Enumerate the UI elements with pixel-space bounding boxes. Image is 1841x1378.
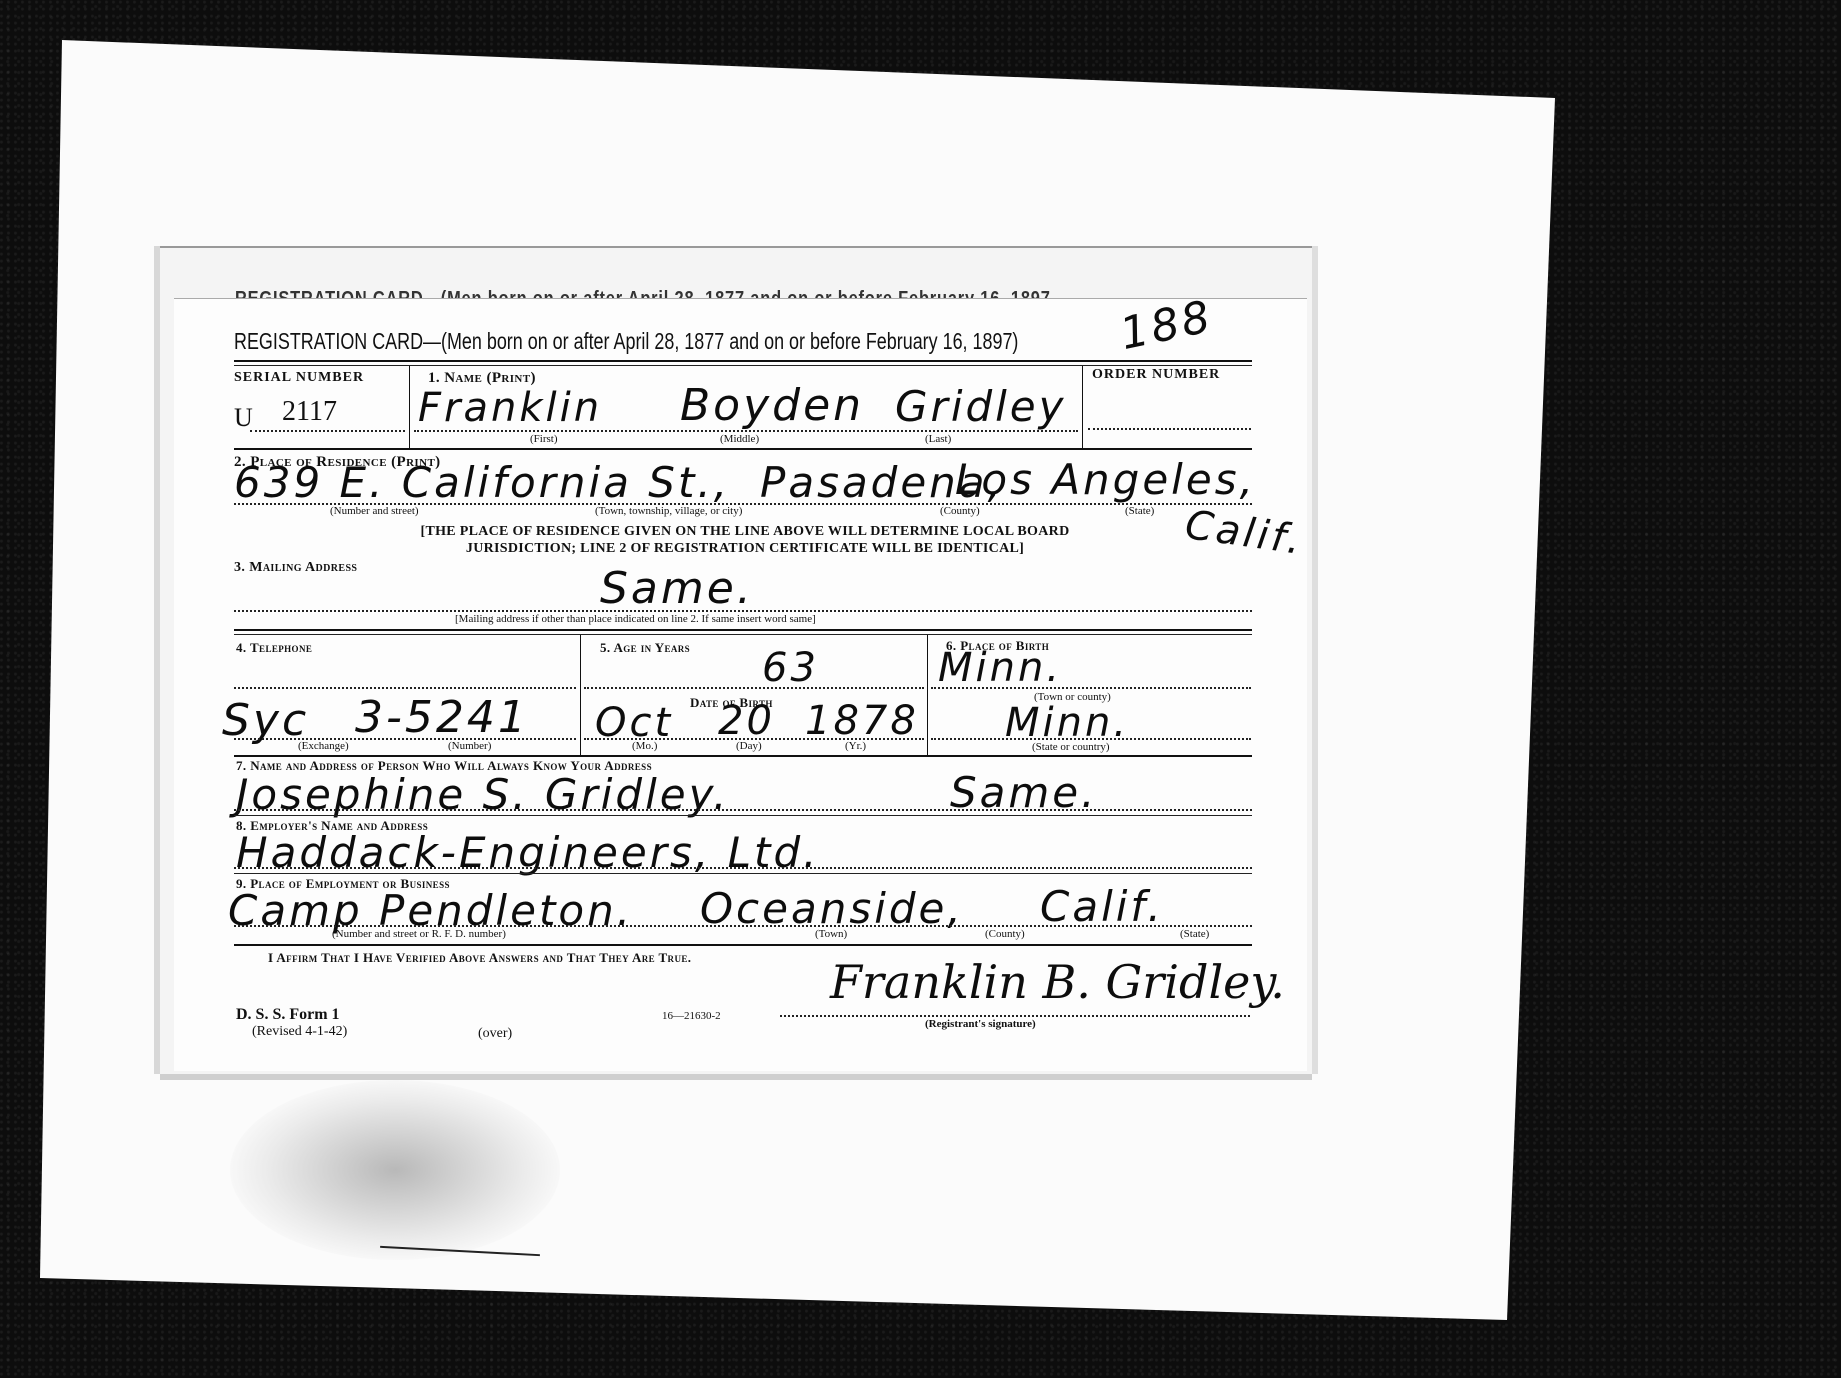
form-name: D. S. S. Form 1 — [236, 1006, 340, 1024]
residence-note-line1: [THE PLACE OF RESIDENCE GIVEN ON THE LIN… — [300, 523, 1190, 540]
mailing-line — [234, 610, 1252, 612]
employer-line — [234, 867, 1252, 869]
signature-caption: (Registrant's signature) — [925, 1018, 1036, 1030]
birthplace-town: Minn. — [938, 645, 1062, 691]
name-middle: Boyden — [680, 380, 864, 431]
caption-month: (Mo.) — [632, 740, 657, 752]
telephone-number: 3-5241 — [355, 692, 529, 743]
residence-note: [THE PLACE OF RESIDENCE GIVEN ON THE LIN… — [300, 523, 1190, 557]
residence-note-line2: JURISDICTION; LINE 2 OF REGISTRATION CER… — [300, 540, 1190, 557]
rule — [234, 448, 1252, 450]
affirmation-text: I Affirm That I Have Verified Above Answ… — [268, 950, 691, 966]
caption-state: (State) — [1125, 505, 1154, 517]
caption-exchange: (Exchange) — [298, 740, 349, 752]
stain — [230, 1080, 560, 1260]
birthplace-state-line — [931, 738, 1251, 740]
employer-value: Haddack-Engineers, Ltd. — [236, 828, 819, 877]
caption-first: (First) — [530, 433, 558, 445]
caption-city: (Town, township, village, or city) — [595, 505, 742, 517]
rule — [234, 815, 1252, 816]
caption-employment-state: (State) — [1180, 928, 1209, 940]
age-line — [584, 687, 924, 689]
rule — [234, 755, 1252, 757]
serial-number: 2117 — [282, 396, 337, 428]
serial-prefix: U — [234, 403, 253, 433]
name-last: Gridley — [895, 382, 1067, 431]
caption-employment-county: (County) — [985, 928, 1025, 940]
caption-number: (Number) — [448, 740, 491, 752]
mailing-caption: [Mailing address if other than place ind… — [455, 613, 816, 625]
order-number-label: ORDER NUMBER — [1092, 367, 1220, 383]
name-line — [414, 430, 1078, 432]
caption-employment-town: (Town) — [815, 928, 847, 940]
employment-state: Calif. — [1040, 882, 1164, 931]
order-number-line — [1088, 428, 1251, 430]
telephone-top-line — [234, 687, 576, 689]
divider — [580, 635, 581, 755]
caption-middle: (Middle) — [720, 433, 759, 445]
caption-last: (Last) — [925, 433, 951, 445]
rule — [234, 360, 1252, 362]
mailing-value: Same. — [600, 563, 754, 614]
caption-year: (Yr.) — [845, 740, 866, 752]
telephone-label: 4. Telephone — [236, 640, 312, 656]
residence-street: 639 E. California St., — [234, 458, 730, 507]
age-label: 5. Age in Years — [600, 640, 690, 656]
contact-name: Josephine S. Gridley. — [236, 770, 730, 819]
age-value: 63 — [762, 645, 819, 691]
mailing-label: 3. Mailing Address — [234, 560, 357, 576]
over-label: (over) — [478, 1026, 512, 1042]
rule — [234, 365, 1252, 366]
caption-street: (Number and street) — [330, 505, 419, 517]
rule — [234, 634, 1252, 635]
divider — [927, 635, 928, 755]
residence-county: Los Angeles, — [955, 455, 1256, 504]
rule — [234, 629, 1252, 631]
caption-state-country: (State or country) — [1032, 741, 1110, 753]
card-title: REGISTRATION CARD—(Men born on or after … — [234, 328, 1018, 355]
divider — [1082, 366, 1083, 448]
caption-county: (County) — [940, 505, 980, 517]
caption-employment-street: (Number and street or R. F. D. number) — [332, 928, 506, 940]
signature-line — [780, 1015, 1250, 1017]
contact-line — [234, 809, 1252, 811]
caption-day: (Day) — [736, 740, 762, 752]
form-revised: (Revised 4-1-42) — [252, 1024, 347, 1040]
employment-line — [234, 925, 1252, 927]
divider — [409, 366, 410, 448]
serial-number-label: SERIAL NUMBER — [234, 370, 364, 386]
rule — [234, 944, 1252, 946]
print-code: 16—21630-2 — [662, 1010, 721, 1022]
rule — [234, 873, 1252, 874]
name-first: Franklin — [418, 385, 602, 431]
birthplace-town-line — [931, 687, 1251, 689]
serial-line — [250, 430, 405, 432]
telephone-line — [234, 738, 576, 740]
registrant-signature: Franklin B. Gridley. — [830, 955, 1285, 1009]
